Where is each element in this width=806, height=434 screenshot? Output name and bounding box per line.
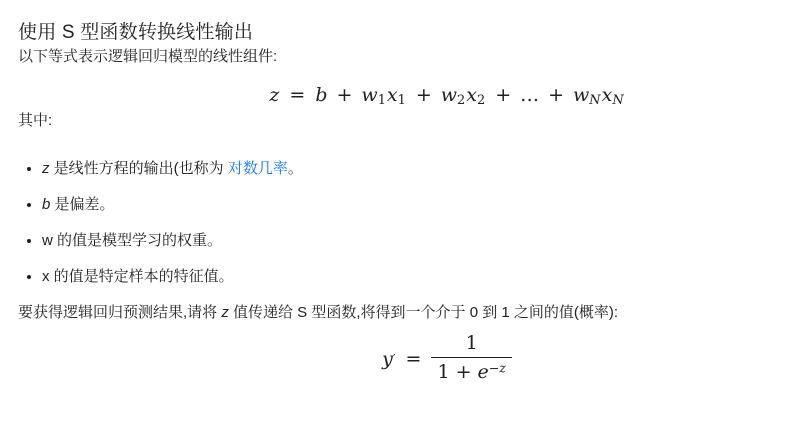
closing-text-after: 值传递给 S 型函数,将得到一个介于 0 到 1 之间的值(概率):: [229, 304, 618, 321]
math-var-y: y: [382, 348, 393, 370]
math-sub-N: N: [589, 93, 600, 108]
list-item-text: 的值是模型学习的权重。: [53, 232, 222, 249]
math-var-w2: w: [441, 84, 457, 106]
inline-var-w: w: [42, 232, 53, 249]
math-sub-N: N: [612, 93, 623, 108]
list-item-suffix: 。: [288, 160, 303, 177]
math-var-x2: x: [466, 84, 477, 106]
math-sub-2: 2: [457, 93, 465, 108]
definitions-list: z 是线性方程的输出(也称为 对数几率。 b 是偏差。 w 的值是模型学习的权重…: [0, 158, 806, 288]
where-label: 其中:: [0, 110, 806, 132]
inline-var-z: z: [221, 304, 229, 321]
math-sub-1: 1: [378, 93, 386, 108]
page-content: 使用 S 型函数转换线性输出 以下等式表示逻辑回归模型的线性组件: z=b+w1…: [0, 20, 806, 385]
math-var-b: b: [315, 84, 327, 106]
list-item-x: x 的值是特定样本的特征值。: [42, 266, 806, 288]
math-plus: +: [548, 84, 564, 106]
math-ellipsis: …: [520, 84, 543, 106]
math-var-z: z: [269, 84, 279, 106]
math-plus: +: [495, 84, 511, 106]
math-plus: +: [456, 361, 472, 383]
log-odds-link[interactable]: 对数几率: [228, 160, 288, 177]
math-var-x1: x: [387, 84, 398, 106]
list-item-text: 的值是特定样本的特征值。: [50, 268, 234, 285]
math-sub-1: 1: [398, 93, 406, 108]
list-item-w: w 的值是模型学习的权重。: [42, 230, 806, 252]
math-var-w1: w: [361, 84, 377, 106]
linear-equation-formula: z=b+w1x1+w2x2+…+wNxN: [0, 80, 806, 110]
page-heading: 使用 S 型函数转换线性输出: [0, 20, 806, 46]
math-minus: −: [489, 360, 500, 375]
intro-paragraph: 以下等式表示逻辑回归模型的线性组件:: [0, 46, 806, 68]
math-one: 1: [437, 361, 449, 383]
inline-var-z: z: [42, 160, 50, 177]
math-equals: =: [289, 84, 305, 106]
math-equals: =: [406, 348, 422, 370]
math-var-xN: x: [602, 84, 613, 106]
math-var-wN: w: [573, 84, 589, 106]
fraction-denominator: 1+e−z: [431, 357, 511, 385]
math-plus: +: [337, 84, 353, 106]
math-var-e: e: [477, 361, 488, 383]
inline-var-x: x: [42, 268, 50, 285]
list-item-b: b 是偏差。: [42, 194, 806, 216]
sigmoid-lhs: y′=: [382, 348, 431, 370]
fraction-numerator: 1: [431, 334, 511, 357]
sigmoid-formula: y′= 1 1+e−z: [0, 334, 806, 385]
math-var-z: z: [499, 360, 506, 375]
list-item-z: z 是线性方程的输出(也称为 对数几率。: [42, 158, 806, 180]
closing-paragraph: 要获得逻辑回归预测结果,请将 z 值传递给 S 型函数,将得到一个介于 0 到 …: [0, 302, 806, 324]
list-item-text: 是偏差。: [50, 196, 114, 213]
closing-text-before: 要获得逻辑回归预测结果,请将: [18, 304, 221, 321]
math-sub-2: 2: [477, 93, 485, 108]
fraction: 1 1+e−z: [431, 334, 511, 385]
math-exponent: −z: [489, 360, 506, 375]
list-item-text: 是线性方程的输出(也称为: [50, 160, 228, 177]
math-plus: +: [416, 84, 432, 106]
